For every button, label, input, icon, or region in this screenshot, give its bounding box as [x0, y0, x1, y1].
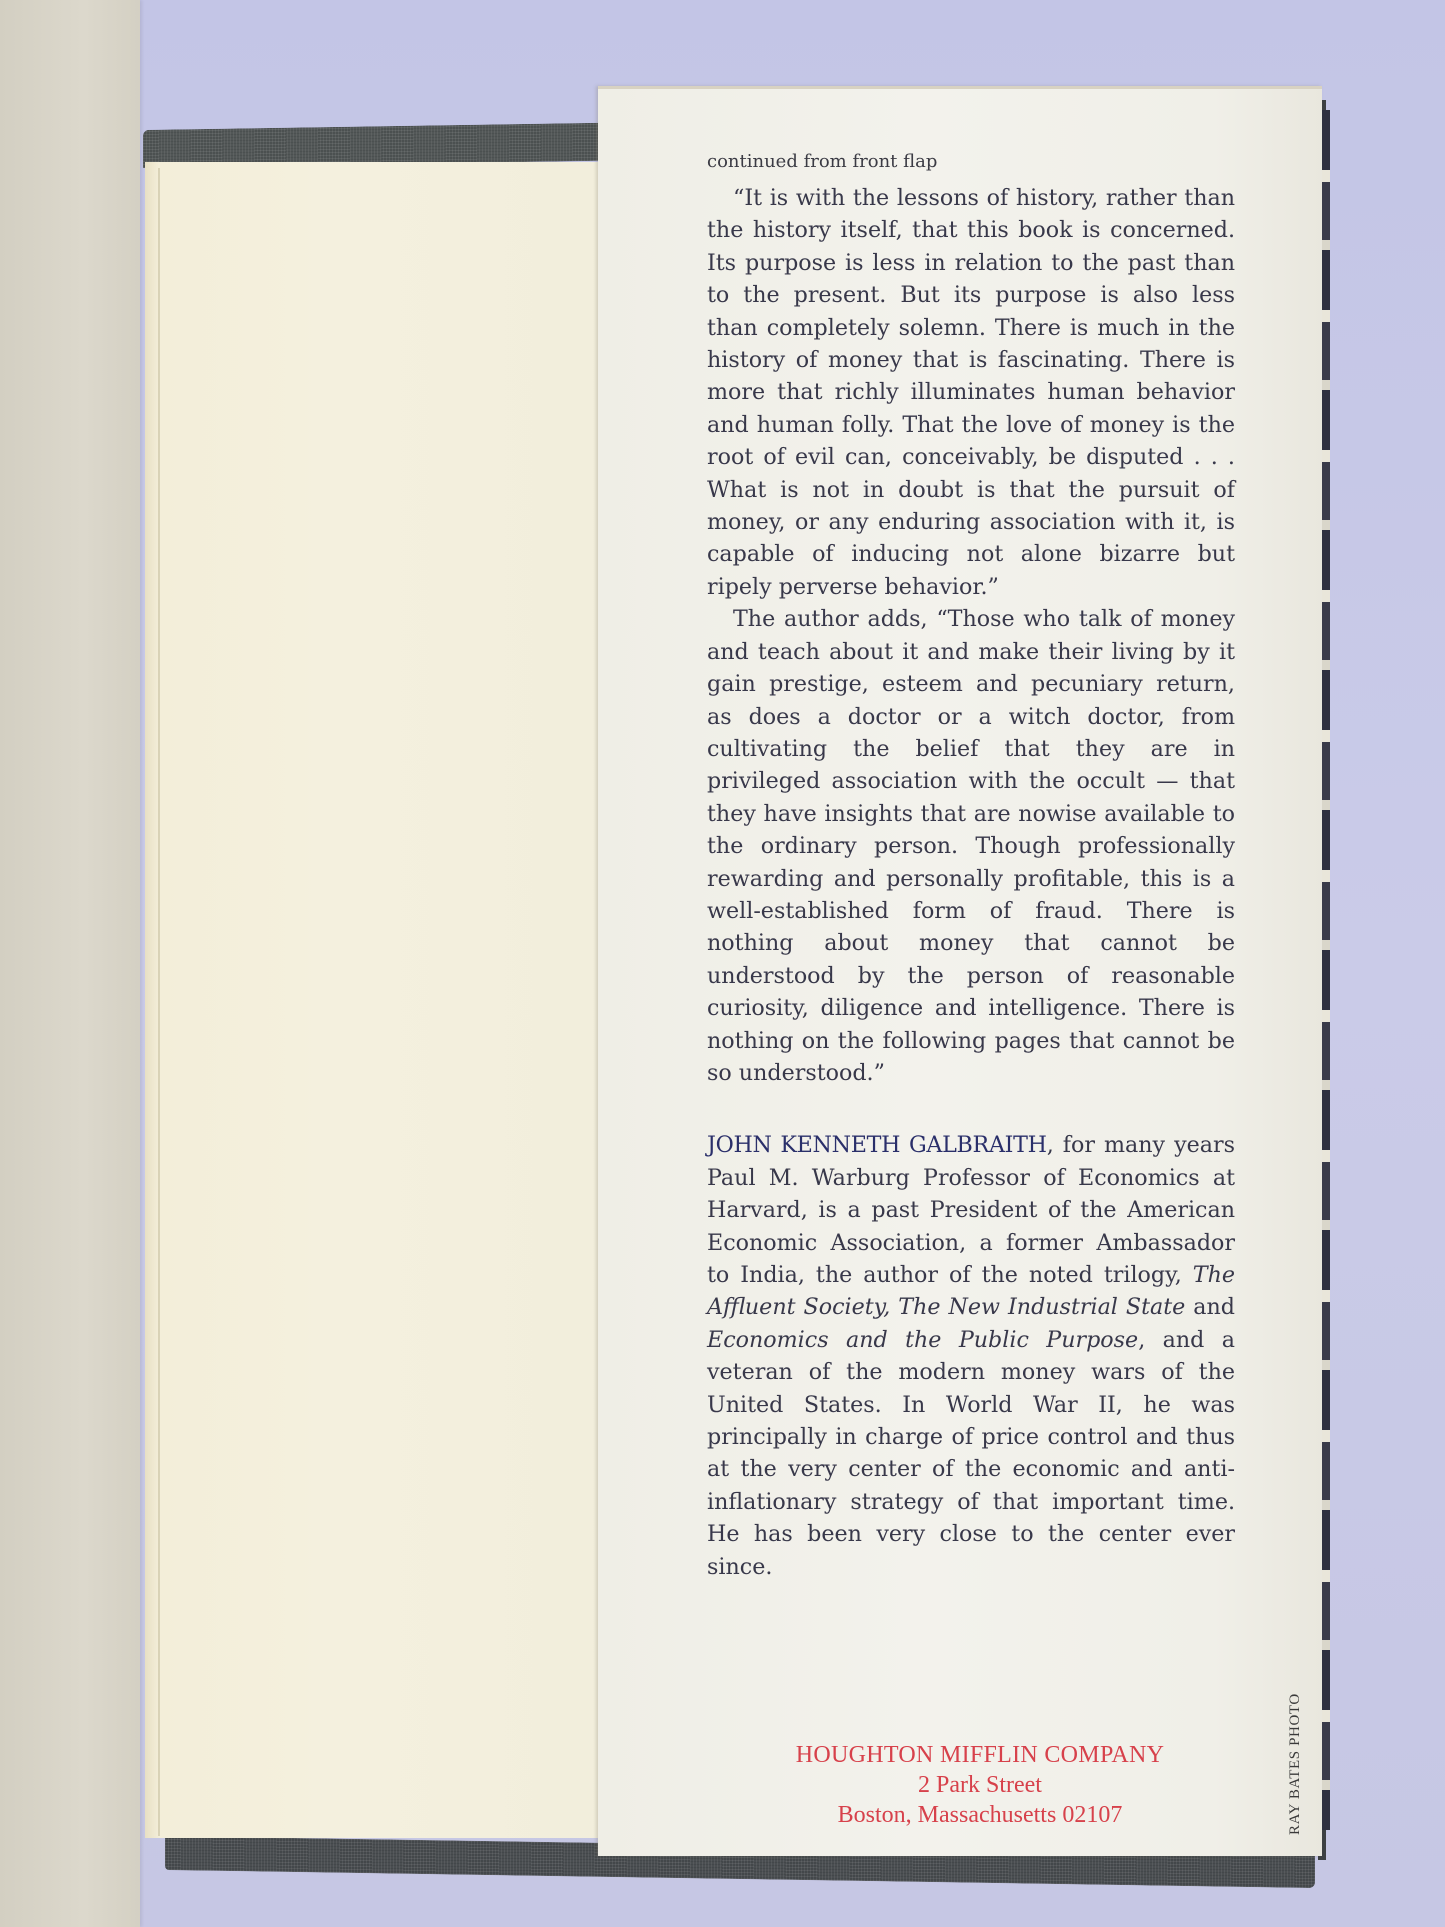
endpaper: [145, 162, 605, 1838]
publisher-street: 2 Park Street: [700, 1770, 1260, 1800]
publisher-block: HOUGHTON MIFFLIN COMPANY 2 Park Street B…: [700, 1740, 1260, 1830]
continued-label: continued from front flap: [707, 150, 1235, 174]
left-book-page: [0, 0, 140, 1927]
photo-credit: RAY BATES PHOTO: [1287, 1693, 1304, 1835]
quote-paragraph: “It is with the lessons of history, rath…: [707, 182, 1235, 603]
publisher-city: Boston, Massachusetts 02107: [700, 1800, 1260, 1830]
author-photo-edge: [1322, 110, 1330, 1830]
gutter-fold: [158, 168, 160, 1836]
flap-text: continued from front flap “It is with th…: [707, 150, 1235, 1583]
author-adds-paragraph: The author adds, “Those who talk of mone…: [707, 603, 1235, 1089]
bio-text: , and a veteran of the modern money wars…: [707, 1327, 1235, 1580]
author-name: JOHN KENNETH GALBRAITH: [707, 1132, 1047, 1158]
bio-text: and: [1185, 1294, 1235, 1320]
book-title: Economics and the Public Purpose: [707, 1327, 1138, 1353]
publisher-name: HOUGHTON MIFFLIN COMPANY: [700, 1740, 1260, 1770]
author-bio: JOHN KENNETH GALBRAITH, for many years P…: [707, 1129, 1235, 1583]
